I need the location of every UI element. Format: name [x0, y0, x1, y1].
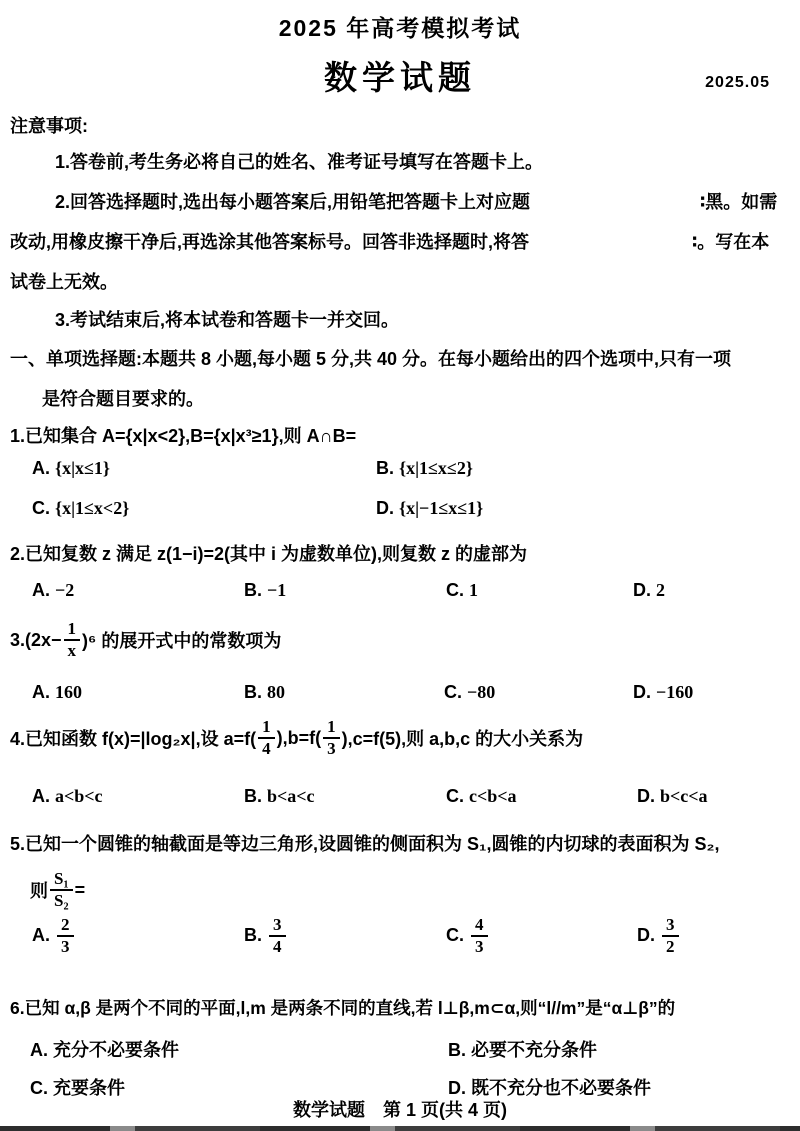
- exam-date: 2025.05: [640, 74, 770, 92]
- q4-stem-mid: ),b=f(: [277, 728, 322, 749]
- section-heading-line2: 是符合题目要求的。: [42, 385, 204, 411]
- q2-option-b-label: B.: [244, 580, 262, 600]
- q5-option-b-label: B.: [244, 925, 262, 946]
- notice-item-1: 1.答卷前,考生务必将自己的姓名、准考证号填写在答题卡上。: [55, 148, 543, 174]
- question-4-stem: 4.已知函数 f(x)=|log₂x|,设 a=f(14),b=f(13),c=…: [10, 712, 583, 764]
- question-5-options: A.23 B.34 C.43 D.32: [0, 916, 800, 972]
- q5-option-b: B.34: [244, 916, 288, 956]
- q2-option-d: D.2: [633, 580, 665, 601]
- q3-option-b-label: B.: [244, 682, 262, 702]
- q4-option-c-text: c<b<a: [469, 786, 517, 806]
- question-1-options-row1: A.{x|x≤1} B.{x|1≤x≤2}: [0, 458, 800, 484]
- notice-heading: 注意事项:: [10, 112, 88, 138]
- page-footer: 数学试题 第 1 页(共 4 页): [0, 1096, 800, 1122]
- q1-option-d-text: {x|−1≤x≤1}: [399, 498, 483, 518]
- notice-item-3: 3.考试结束后,将本试卷和答题卡一并交回。: [55, 306, 399, 332]
- exam-title: 2025 年高考模拟考试: [0, 10, 800, 43]
- q3-fraction-numerator: 1: [64, 620, 81, 639]
- q4-option-d-text: b<c<a: [660, 786, 708, 806]
- q3-option-b: B.80: [244, 682, 285, 703]
- q4-option-c: C.c<b<a: [446, 786, 517, 807]
- q3-option-b-text: 80: [267, 682, 285, 702]
- q3-option-c: C.−80: [444, 682, 495, 703]
- q4-fraction-1-numerator: 1: [258, 718, 275, 737]
- q2-option-c-label: C.: [446, 580, 464, 600]
- q1-option-a: A.{x|x≤1}: [32, 458, 110, 479]
- exam-paper-page: 2025 年高考模拟考试 数学试题 2025.05 注意事项: 1.答卷前,考生…: [0, 0, 800, 1131]
- question-2-options: A.−2 B.−1 C.1 D.2: [0, 580, 800, 606]
- q4-fraction-2-numerator: 1: [323, 718, 340, 737]
- q2-option-a-text: −2: [55, 580, 74, 600]
- q5-option-c-numerator: 4: [471, 916, 488, 935]
- q4-stem-post: ),c=f(5),则 a,b,c 的大小关系为: [342, 725, 584, 751]
- question-3-options: A.160 B.80 C.−80 D.−160: [0, 682, 800, 708]
- q5-option-c: C.43: [446, 916, 490, 956]
- question-6-stem: 6.已知 α,β 是两个不同的平面,l,m 是两条不同的直线,若 l⊥β,m⊂α…: [10, 995, 675, 1020]
- q1-option-b: B.{x|1≤x≤2}: [376, 458, 473, 479]
- q2-option-d-text: 2: [656, 580, 665, 600]
- q6-option-b-label: B.: [448, 1040, 466, 1060]
- q2-option-d-label: D.: [633, 580, 651, 600]
- question-1-stem: 1.已知集合 A={x|x<2},B={x|x³≥1},则 A∩B=: [10, 422, 356, 448]
- q2-option-b: B.−1: [244, 580, 286, 601]
- q4-stem-pre: 4.已知函数 f(x)=|log₂x|,设 a=f(: [10, 725, 256, 751]
- q3-option-d-text: −160: [656, 682, 693, 702]
- question-4-options: A.a<b<c B.b<a<c C.c<b<a D.b<c<a: [0, 786, 800, 812]
- q6-option-b-text: 必要不充分条件: [471, 1040, 597, 1060]
- q5-equals-sign: =: [75, 880, 86, 901]
- question-2-stem: 2.已知复数 z 满足 z(1−i)=2(其中 i 为虚数单位),则复数 z 的…: [10, 540, 527, 566]
- q3-option-c-text: −80: [467, 682, 495, 702]
- q3-stem-post: )⁶ 的展开式中的常数项为: [82, 627, 281, 653]
- q1-option-b-text: {x|1≤x≤2}: [399, 458, 473, 478]
- q2-option-b-text: −1: [267, 580, 286, 600]
- q5-fraction-numerator: S₁: [50, 870, 73, 889]
- q3-option-c-label: C.: [444, 682, 462, 702]
- q4-option-b: B.b<a<c: [244, 786, 315, 807]
- section-heading-line1: 一、单项选择题:本题共 8 小题,每小题 5 分,共 40 分。在每小题给出的四…: [10, 345, 731, 371]
- q2-option-a: A.−2: [32, 580, 74, 601]
- q4-option-a: A.a<b<c: [32, 786, 103, 807]
- q5-option-a-denominator: 3: [57, 935, 74, 956]
- q5-fraction-denominator: S₂: [50, 889, 73, 910]
- q2-option-c-text: 1: [469, 580, 478, 600]
- q6-option-c-text: 充要条件: [53, 1078, 125, 1098]
- q5-option-d: D.32: [637, 916, 681, 956]
- q4-fraction-2-denominator: 3: [323, 737, 340, 758]
- question-6-options-row1: A.充分不必要条件 B.必要不充分条件: [0, 1036, 800, 1062]
- q5-option-b-fraction: 34: [269, 916, 286, 956]
- q6-option-a: A.充分不必要条件: [30, 1036, 179, 1062]
- scan-bottom-edge: [0, 1126, 800, 1131]
- notice-item-2-line2-right: ∶。写在本: [692, 228, 769, 254]
- notice-item-2-line1-right: ∶黑。如需: [700, 188, 777, 214]
- q3-fraction: 1x: [64, 620, 81, 660]
- q3-option-d-label: D.: [633, 682, 651, 702]
- notice-item-2-line2-left: 改动,用橡皮擦干净后,再选涂其他答案标号。回答非选择题时,将答: [10, 228, 529, 254]
- q1-option-c-label: C.: [32, 498, 50, 518]
- q5-option-c-fraction: 43: [471, 916, 488, 956]
- q5-fraction: S₁S₂: [50, 870, 73, 910]
- q6-option-d-label: D.: [448, 1078, 466, 1098]
- q4-option-c-label: C.: [446, 786, 464, 806]
- q2-option-c: C.1: [446, 580, 478, 601]
- q4-option-a-label: A.: [32, 786, 50, 806]
- q6-option-d-text: 既不充分也不必要条件: [471, 1078, 651, 1098]
- q3-fraction-denominator: x: [64, 639, 81, 660]
- q1-option-b-label: B.: [376, 458, 394, 478]
- question-5-stem-line2: 则S₁S₂=: [30, 862, 85, 918]
- q6-option-b: B.必要不充分条件: [448, 1036, 597, 1062]
- q1-option-a-text: {x|x≤1}: [55, 458, 110, 478]
- q4-option-b-label: B.: [244, 786, 262, 806]
- q1-option-d-label: D.: [376, 498, 394, 518]
- q6-option-a-label: A.: [30, 1040, 48, 1060]
- q5-option-a-fraction: 23: [57, 916, 74, 956]
- q5-option-d-label: D.: [637, 925, 655, 946]
- q2-option-a-label: A.: [32, 580, 50, 600]
- q3-option-a-label: A.: [32, 682, 50, 702]
- q5-option-c-label: C.: [446, 925, 464, 946]
- q3-option-d: D.−160: [633, 682, 693, 703]
- q3-option-a: A.160: [32, 682, 82, 703]
- q3-stem-pre: 3.(2x−: [10, 630, 62, 651]
- q4-option-d-label: D.: [637, 786, 655, 806]
- q5-option-d-denominator: 2: [662, 935, 679, 956]
- notice-item-2-line3: 试卷上无效。: [10, 268, 118, 294]
- q4-fraction-1-denominator: 4: [258, 737, 275, 758]
- q5-option-d-numerator: 3: [662, 916, 679, 935]
- q5-option-c-denominator: 3: [471, 935, 488, 956]
- q4-option-d: D.b<c<a: [637, 786, 708, 807]
- q5-option-a: A.23: [32, 916, 76, 956]
- q5-option-a-numerator: 2: [57, 916, 74, 935]
- question-3-stem: 3.(2x−1x)⁶ 的展开式中的常数项为: [10, 614, 281, 666]
- q4-option-a-text: a<b<c: [55, 786, 103, 806]
- q3-option-a-text: 160: [55, 682, 82, 702]
- q5-then-text: 则: [30, 877, 48, 903]
- q5-option-a-label: A.: [32, 925, 50, 946]
- q1-option-a-label: A.: [32, 458, 50, 478]
- notice-item-2-line1-left: 2.回答选择题时,选出每小题答案后,用铅笔把答题卡上对应题: [55, 188, 530, 214]
- question-5-stem-line1: 5.已知一个圆锥的轴截面是等边三角形,设圆锥的侧面积为 S₁,圆锥的内切球的表面…: [10, 830, 719, 856]
- q6-option-c-label: C.: [30, 1078, 48, 1098]
- q4-fraction-1: 14: [258, 718, 275, 758]
- q5-option-b-numerator: 3: [269, 916, 286, 935]
- q1-option-c-text: {x|1≤x<2}: [55, 498, 129, 518]
- q1-option-d: D.{x|−1≤x≤1}: [376, 498, 483, 519]
- q5-option-b-denominator: 4: [269, 935, 286, 956]
- q4-fraction-2: 13: [323, 718, 340, 758]
- q1-option-c: C.{x|1≤x<2}: [32, 498, 129, 519]
- q4-option-b-text: b<a<c: [267, 786, 315, 806]
- q6-option-a-text: 充分不必要条件: [53, 1040, 179, 1060]
- q5-option-d-fraction: 32: [662, 916, 679, 956]
- question-1-options-row2: C.{x|1≤x<2} D.{x|−1≤x≤1}: [0, 498, 800, 524]
